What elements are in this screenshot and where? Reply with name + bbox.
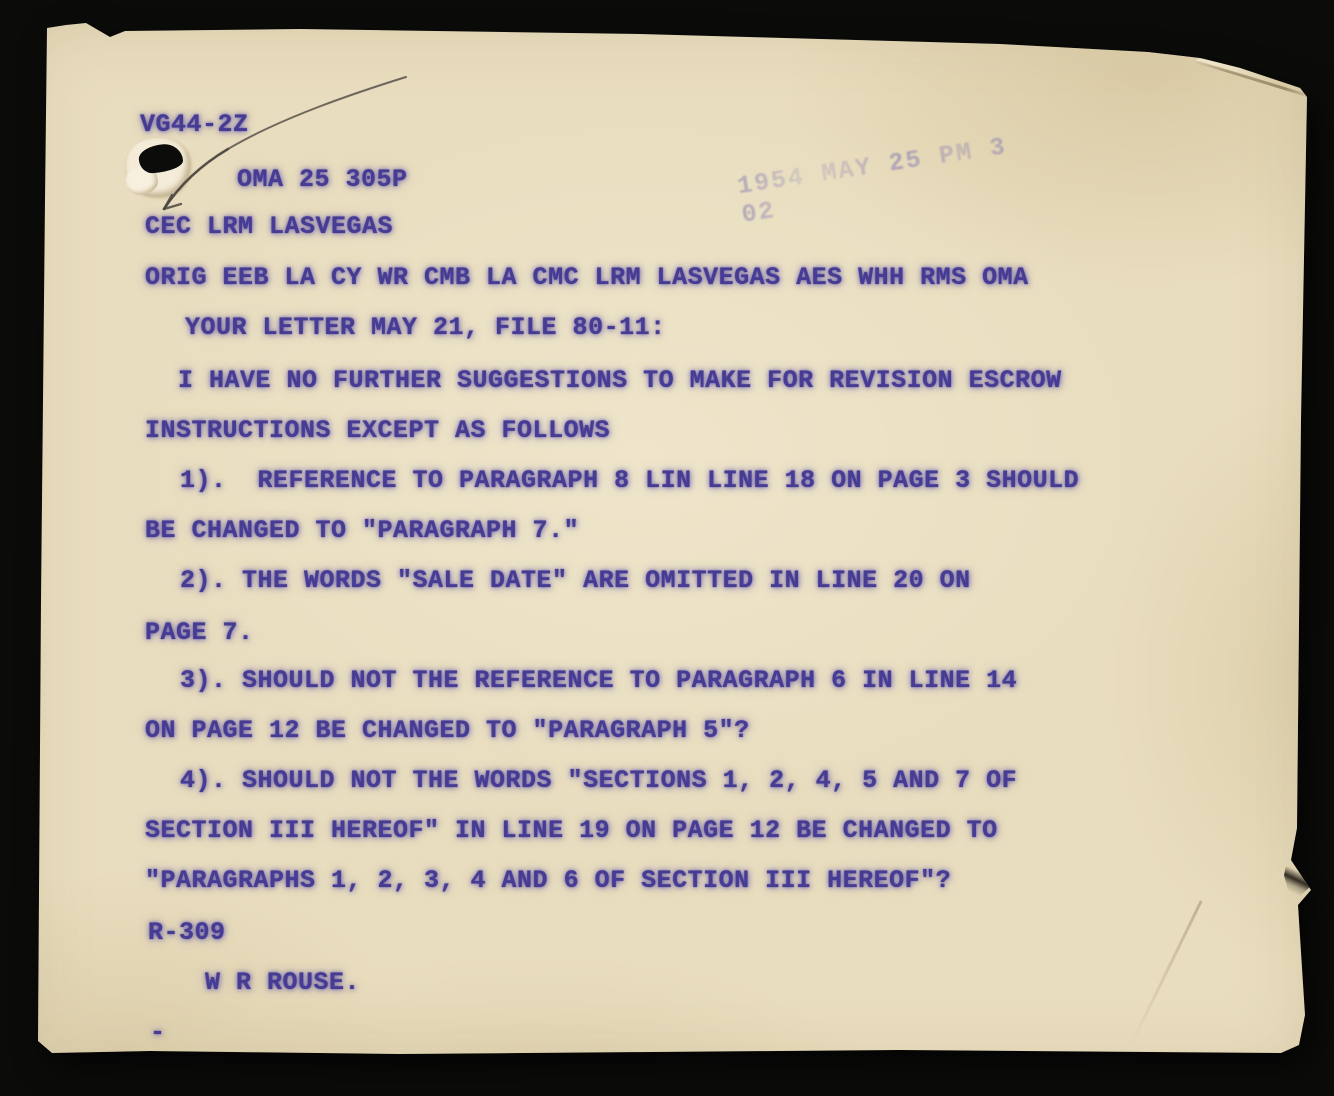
item-2-line-1: 2). THE WORDS "SALE DATE" ARE OMITTED IN…: [180, 566, 971, 596]
paper-sheet-wrapper: 1954 MAY 25 PM 3 02 VG44-2Z OMA 25 305P …: [0, 0, 1334, 1096]
body-line-1: I HAVE NO FURTHER SUGGESTIONS TO MAKE FO…: [178, 366, 1062, 396]
telegram-paper: 1954 MAY 25 PM 3 02 VG44-2Z OMA 25 305P …: [0, 0, 1334, 1096]
distribution-codes-line: ORIG EEB LA CY WR CMB LA CMC LRM LASVEGA…: [145, 263, 1029, 293]
item-4-line-3: "PARAGRAPHS 1, 2, 3, 4 AND 6 OF SECTION …: [145, 866, 951, 896]
item-4-line-1: 4). SHOULD NOT THE WORDS "SECTIONS 1, 2,…: [180, 766, 1017, 796]
item-3-line-2: ON PAGE 12 BE CHANGED TO "PARAGRAPH 5"?: [145, 716, 750, 746]
edge-crease-line: [1130, 900, 1203, 1045]
addressee-line: CEC LRM LASVEGAS: [145, 212, 393, 242]
reference-letter-line: YOUR LETTER MAY 21, FILE 80-11:: [185, 313, 666, 343]
origin-dateline: OMA 25 305P: [237, 165, 408, 195]
item-4-line-2: SECTION III HEREOF" IN LINE 19 ON PAGE 1…: [145, 816, 998, 846]
punch-hole-opening: [138, 143, 184, 174]
fold-crease-line: [1192, 59, 1308, 97]
torn-edge-notch: [1284, 856, 1310, 904]
item-1-line-1: 1). REFERENCE TO PARAGRAPH 8 LIN LINE 18…: [180, 466, 1079, 496]
item-1-line-2: BE CHANGED TO "PARAGRAPH 7.": [145, 516, 579, 546]
scanned-telegram-document: 1954 MAY 25 PM 3 02 VG44-2Z OMA 25 305P …: [0, 0, 1334, 1096]
signature-line: W R ROUSE.: [205, 968, 360, 998]
item-3-line-1: 3). SHOULD NOT THE REFERENCE TO PARAGRAP…: [180, 666, 1017, 696]
punch-hole: [122, 134, 193, 200]
received-date-stamp: 1954 MAY 25 PM 3 02: [736, 128, 1041, 228]
reference-number: R-309: [148, 918, 226, 948]
end-dash-mark: -: [150, 1018, 166, 1048]
body-line-2: INSTRUCTIONS EXCEPT AS FOLLOWS: [145, 416, 610, 446]
routing-code: VG44-2Z: [140, 110, 249, 140]
item-2-line-2: PAGE 7.: [145, 618, 254, 648]
